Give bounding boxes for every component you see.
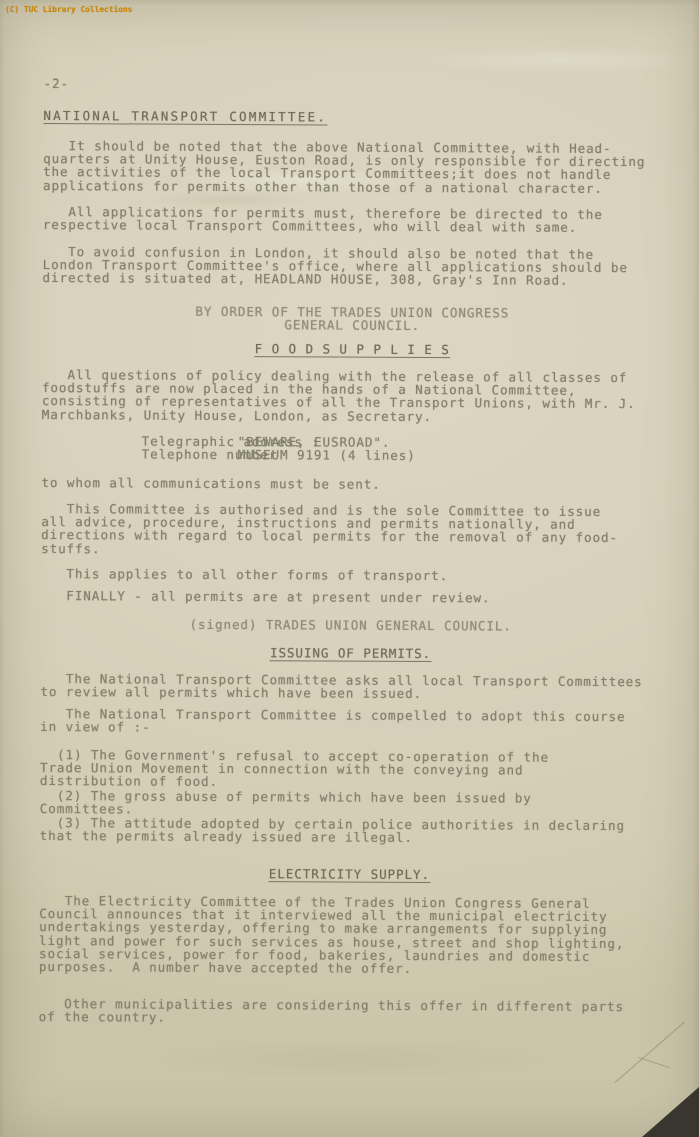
telephone-number-value: MUSEUM 9191 (4 lines) <box>238 448 416 462</box>
paragraph-national-3: To avoid confusion in London, it should … <box>43 245 663 288</box>
list-item-2: (2) The gross abuse of permits which hav… <box>40 789 660 819</box>
list-item-3: (3) The attitude adopted by certain poli… <box>40 816 660 846</box>
paragraph-electricity-1: The Electricity Committee of the Trades … <box>39 894 659 976</box>
heading-text: NATIONAL TRANSPORT COMMITTEE. <box>43 109 327 126</box>
paragraph-food-3: This Committee is authorised and is the … <box>41 502 661 558</box>
paragraph-national-2: All applications for permits must, there… <box>43 205 663 235</box>
heading-electricity-supply: ELECTRICITY SUPPLY. <box>39 866 659 884</box>
page-number: -2- <box>44 77 664 93</box>
paragraph-food-2: to whom all communications must be sent. <box>41 476 661 492</box>
by-order-line-2: GENERAL COUNCIL. <box>42 317 662 333</box>
typewritten-content: -2- NATIONAL TRANSPORT COMMITTEE. It sho… <box>38 0 664 1137</box>
list-item-1: (1) The Government's refusal to accept c… <box>40 748 660 791</box>
paragraph-permits-2: The National Transport Committee is comp… <box>40 707 660 737</box>
paragraph-food-5: FINALLY - all permits are at present und… <box>41 589 661 605</box>
document-scan-page: (C) TUC Library Collections -2- NATIONAL… <box>0 0 699 1137</box>
copyright-watermark: (C) TUC Library Collections <box>5 5 132 14</box>
telephone-number-row: Telephone number MUSEUM 9191 (4 lines) <box>42 447 662 463</box>
signed-line: (signed) TRADES UNION GENERAL COUNCIL. <box>41 617 661 633</box>
heading-food-supplies: F O O D S U P P L I E S <box>42 341 662 359</box>
heading-issuing-of-permits: ISSUING OF PERMITS. <box>41 645 661 663</box>
heading-national-transport-committee: NATIONAL TRANSPORT COMMITTEE. <box>43 109 663 127</box>
paragraph-national-1: It should be noted that the above Nation… <box>43 139 663 195</box>
paragraph-food-1: All questions of policy dealing with the… <box>42 368 662 424</box>
telephone-number-label: Telephone number <box>42 447 238 461</box>
heading-text: ELECTRICITY SUPPLY. <box>269 867 430 883</box>
heading-text: ISSUING OF PERMITS. <box>270 646 431 662</box>
heading-text: F O O D S U P P L I E S <box>255 342 450 358</box>
paragraph-food-4: This applies to all other forms of trans… <box>41 567 661 583</box>
paragraph-electricity-2: Other municipalities are considering thi… <box>39 997 659 1027</box>
paragraph-permits-1: The National Transport Committee asks al… <box>40 672 660 702</box>
